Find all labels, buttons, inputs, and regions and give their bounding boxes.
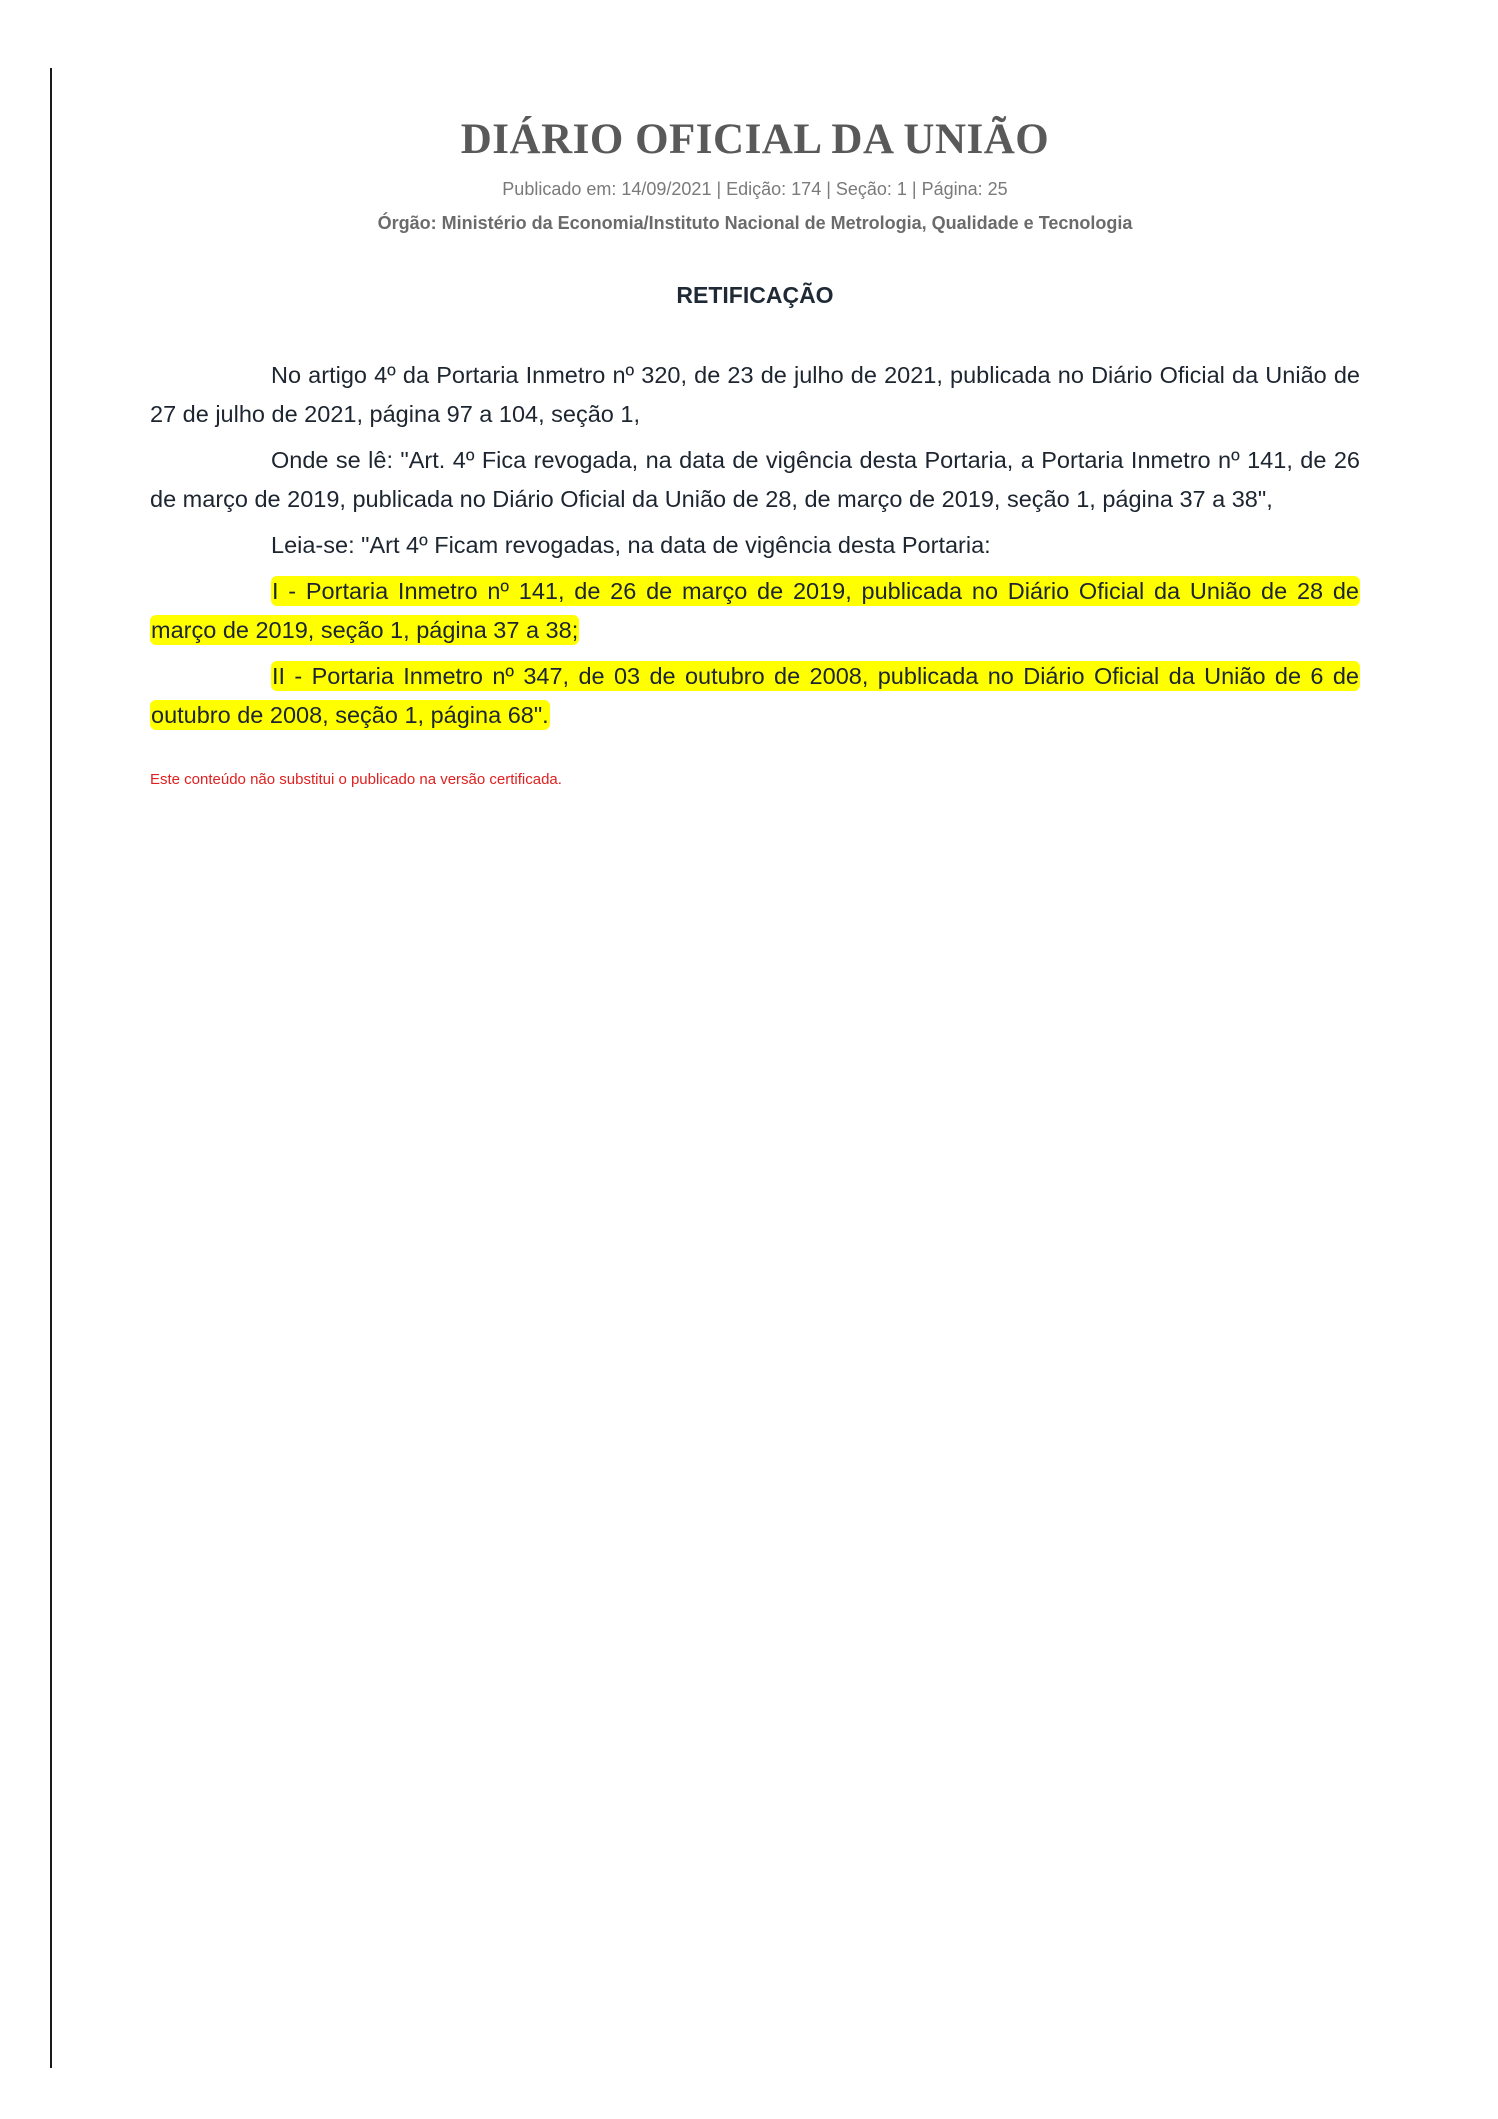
highlighted-text: I - Portaria Inmetro nº 141, de 26 de ma…: [150, 576, 1360, 645]
act-title: RETIFICAÇÃO: [150, 284, 1360, 307]
paragraph-intro: No artigo 4º da Portaria Inmetro nº 320,…: [150, 356, 1360, 434]
paragraph-onde-se-le: Onde se lê: "Art. 4º Fica revogada, na d…: [150, 441, 1360, 519]
paragraph-text: No artigo 4º da Portaria Inmetro nº 320,…: [150, 362, 1360, 427]
paragraph-text: Leia-se: "Art 4º Ficam revogadas, na dat…: [271, 532, 991, 558]
paragraph-item-ii: II - Portaria Inmetro nº 347, de 03 de o…: [150, 657, 1360, 735]
publication-info: Publicado em: 14/09/2021 | Edição: 174 |…: [150, 180, 1360, 198]
issuing-organ: Órgão: Ministério da Economia/Instituto …: [150, 214, 1360, 232]
page-margin-rule: [50, 68, 52, 2068]
highlighted-text: II - Portaria Inmetro nº 347, de 03 de o…: [150, 661, 1360, 730]
certification-disclaimer: Este conteúdo não substitui o publicado …: [150, 772, 562, 787]
act-body: No artigo 4º da Portaria Inmetro nº 320,…: [150, 356, 1360, 742]
paragraph-item-i: I - Portaria Inmetro nº 141, de 26 de ma…: [150, 572, 1360, 650]
paragraph-text: Onde se lê: "Art. 4º Fica revogada, na d…: [150, 447, 1360, 512]
paragraph-leia-se: Leia-se: "Art 4º Ficam revogadas, na dat…: [150, 526, 1360, 565]
masthead-title: DIÁRIO OFICIAL DA UNIÃO: [150, 118, 1360, 161]
